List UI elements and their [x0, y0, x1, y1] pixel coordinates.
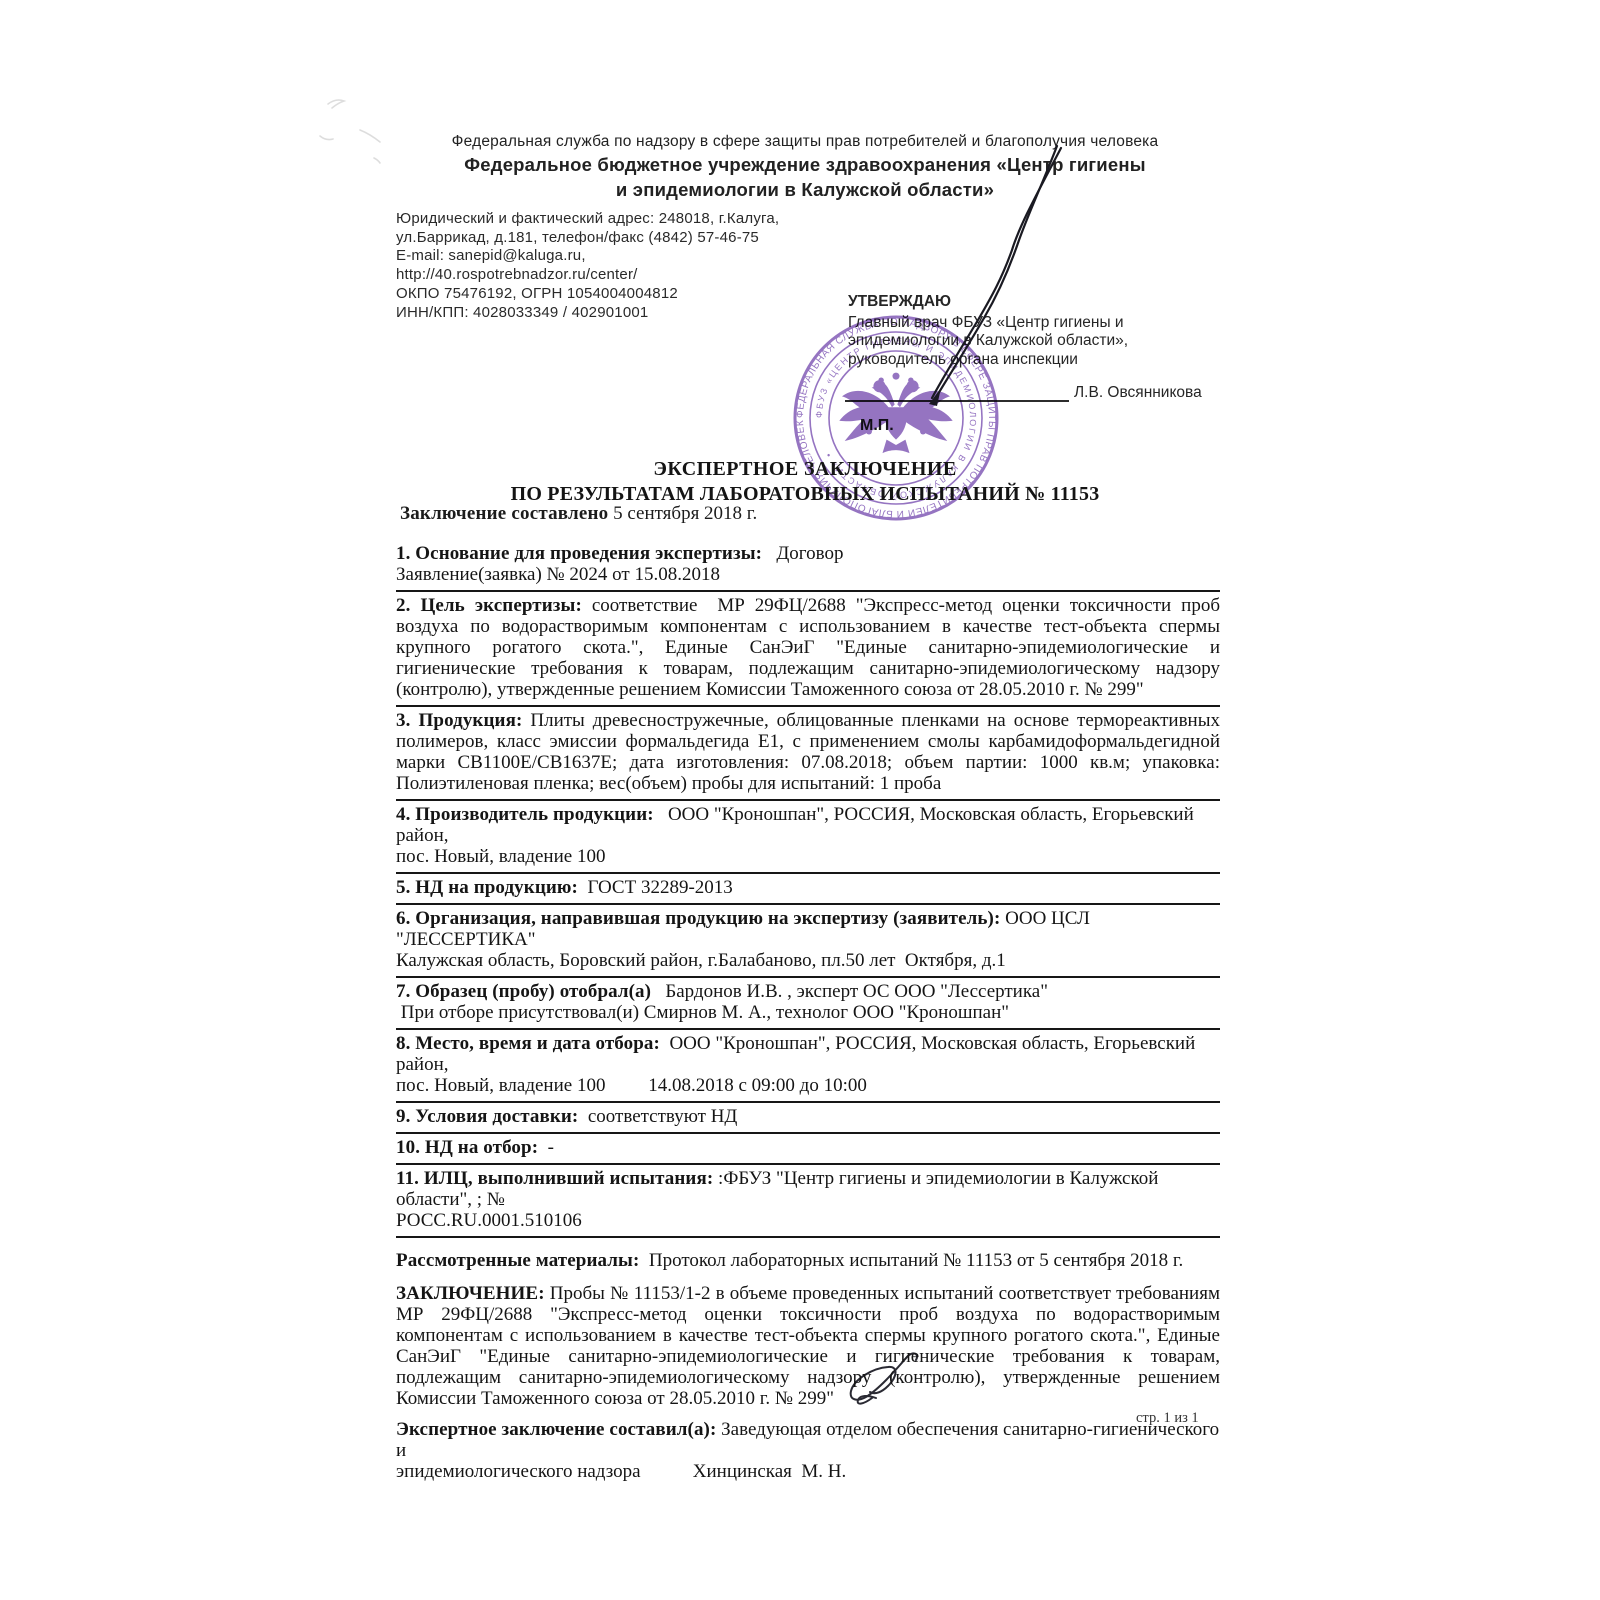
- signer-name: Л.В. Овсянникова: [1074, 384, 1202, 402]
- section-delivery: 9. Условия доставки: соответствуют НД: [396, 1103, 1220, 1134]
- approval-label: УТВЕРЖДАЮ: [848, 293, 1128, 312]
- section-manufacturer: 4. Производитель продукции: ООО "Кроношп…: [396, 801, 1220, 874]
- contact-line: E-mail: sanepid@kaluga.ru,: [396, 247, 779, 266]
- section-applicant: 6. Организация, направившая продукцию на…: [396, 905, 1220, 978]
- materials-paragraph: Рассмотренные материалы: Протокол лабора…: [396, 1250, 1220, 1271]
- document-header: Федеральная служба по надзору в сфере за…: [385, 133, 1225, 201]
- header-org-line2: и эпидемиологии в Калужской области»: [385, 179, 1225, 201]
- scanned-document-page: Федеральная служба по надзору в сфере за…: [0, 0, 1600, 1600]
- header-agency: Федеральная служба по надзору в сфере за…: [385, 133, 1225, 151]
- document-title: ЭКСПЕРТНОЕ ЗАКЛЮЧЕНИЕ ПО РЕЗУЛЬТАТАМ ЛАБ…: [385, 458, 1225, 506]
- contact-line: Юридический и фактический адрес: 248018,…: [396, 210, 779, 229]
- contact-line: ОКПО 75476192, ОГРН 1054004004812: [396, 285, 779, 304]
- sections-list: 1. Основание для проведения экспертизы: …: [396, 540, 1220, 1482]
- section-testing-lab: 11. ИЛЦ, выполнивший испытания: :ФБУЗ "Ц…: [396, 1165, 1220, 1238]
- contact-line: ул.Баррикад, д.181, телефон/факс (4842) …: [396, 229, 779, 248]
- section-product: 3. Продукция: Плиты древесностружечные, …: [396, 707, 1220, 801]
- header-org-line1: Федеральное бюджетное учреждение здравоо…: [385, 154, 1225, 176]
- contact-line: http://40.rospotrebnadzor.ru/center/: [396, 266, 779, 285]
- contact-line: ИНН/КПП: 4028033349 / 402901001: [396, 304, 779, 323]
- section-purpose: 2. Цель экспертизы: соответствие МР 29ФЦ…: [396, 592, 1220, 707]
- double-eagle-emblem: [839, 373, 952, 453]
- composed-label: Заключение составлено: [400, 503, 608, 524]
- section-sampling-place: 8. Место, время и дата отбора: ООО "Крон…: [396, 1030, 1220, 1103]
- section-nd-product: 5. НД на продукцию: ГОСТ 32289-2013: [396, 874, 1220, 905]
- page-number: стр. 1 из 1: [1136, 1410, 1199, 1427]
- conclusion-paragraph: ЗАКЛЮЧЕНИЕ: Пробы № 11153/1-2 в объеме п…: [396, 1283, 1220, 1409]
- title-line1: ЭКСПЕРТНОЕ ЗАКЛЮЧЕНИЕ: [385, 458, 1225, 481]
- contacts-block: Юридический и фактический адрес: 248018,…: [396, 210, 779, 322]
- composer-paragraph: Экспертное заключение составил(а): Завед…: [396, 1419, 1220, 1482]
- section-sampler: 7. Образец (пробу) отобрал(а) Бардонов И…: [396, 978, 1220, 1030]
- section-basis: 1. Основание для проведения экспертизы: …: [396, 540, 1220, 592]
- section-nd-sampling: 10. НД на отбор: -: [396, 1134, 1220, 1165]
- composed-value: 5 сентября 2018 г.: [608, 503, 757, 524]
- composed-date-line: Заключение составлено 5 сентября 2018 г.: [400, 503, 757, 525]
